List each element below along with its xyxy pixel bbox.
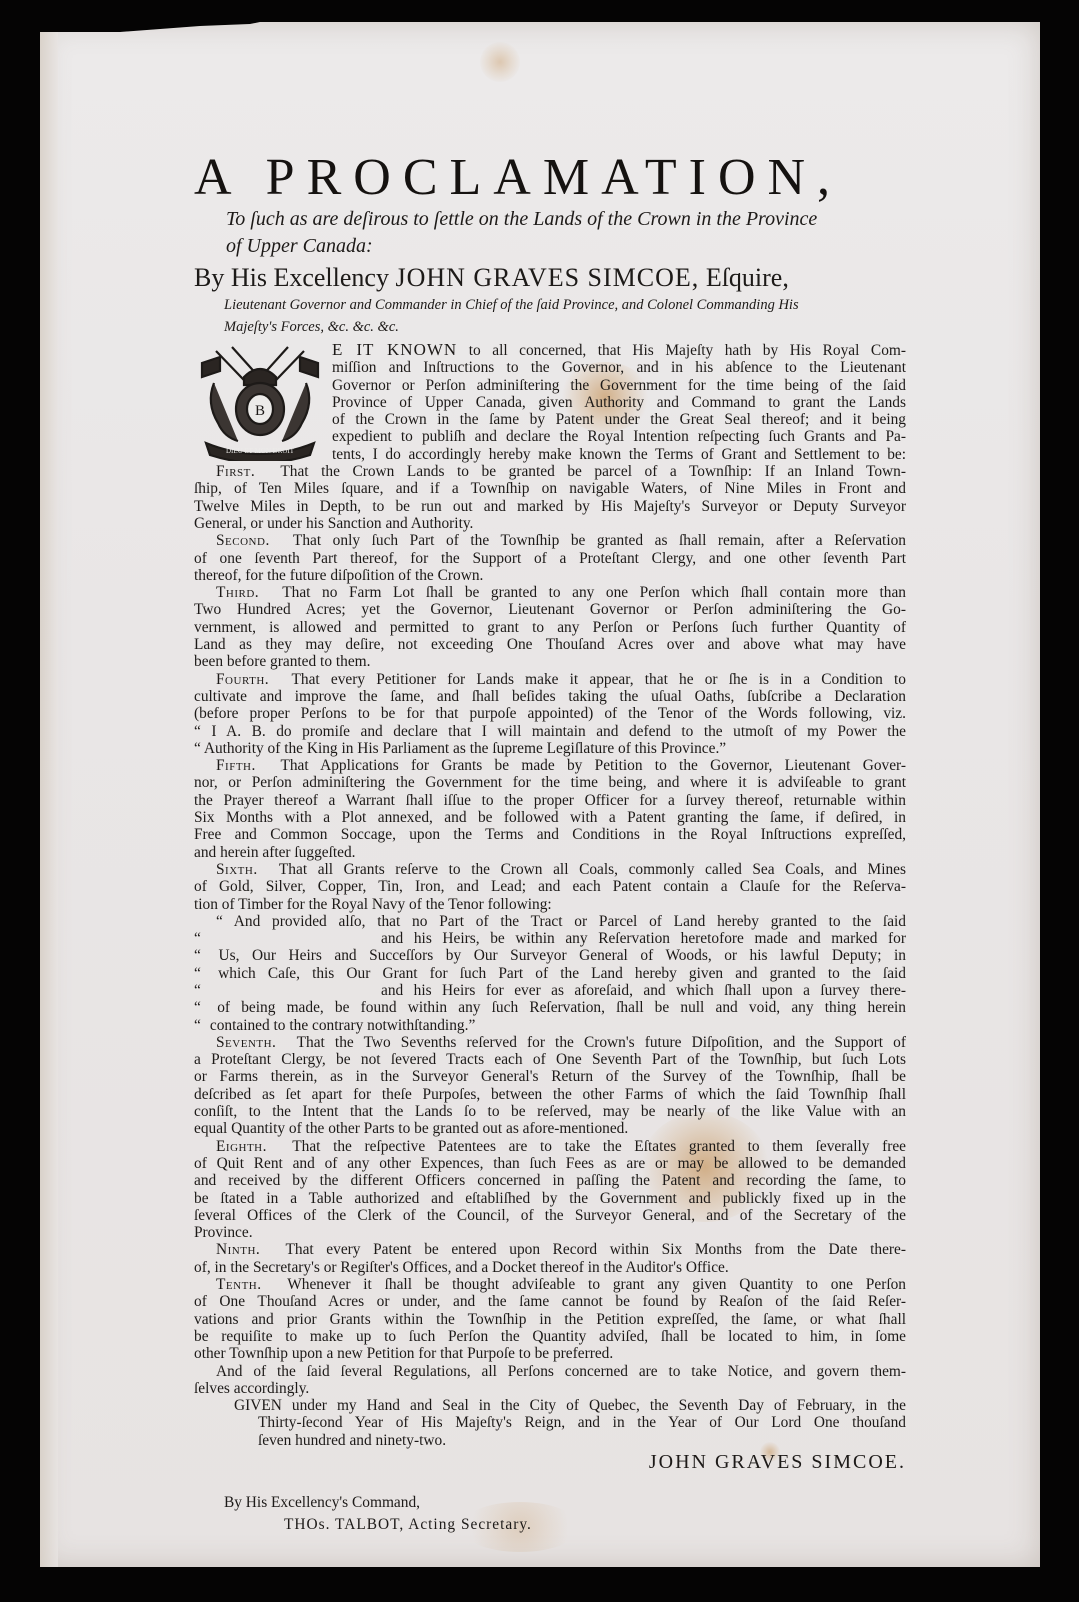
- document-title: A PROCLAMATION,: [194, 150, 906, 206]
- quoted-line: “ Us, Our Heirs and Succeſſors by Our Su…: [194, 947, 906, 964]
- clause-third: Third. That no Farm Lot ſhall be granted…: [194, 584, 906, 601]
- issuer-name: JOHN GRAVES SIMCOE,: [395, 263, 699, 292]
- closing-line: And of the ſaid ſeveral Regulations, all…: [194, 1363, 906, 1380]
- stain: [480, 42, 520, 82]
- clause-eighth: Eighth. That the reſpective Patentees ar…: [194, 1138, 906, 1155]
- quoted-line: “ And provided alſo, that no Part of the…: [194, 913, 906, 930]
- svg-text:B: B: [255, 403, 265, 419]
- clause-seventh: Seventh. That the Two Sevenths reſerved …: [194, 1034, 906, 1051]
- given-line: GIVEN under my Hand and Seal in the City…: [194, 1397, 906, 1414]
- clause-fifth: Fifth. That Applications for Grants be m…: [194, 757, 906, 774]
- closing-line: ſelves accordingly.: [194, 1380, 906, 1397]
- issuer-office: Lieutenant Governor and Commander in Chi…: [194, 294, 906, 338]
- clause-ninth: Ninth. That every Patent be entered upon…: [194, 1241, 906, 1258]
- clause-first: First. That the Crown Lands to be grante…: [194, 463, 906, 480]
- issuer-line: By His Excellency JOHN GRAVES SIMCOE, Eſ…: [194, 262, 906, 294]
- quoted-line: “and his Heirs for ever as aforeſaid, an…: [194, 982, 906, 999]
- paper-edge: [40, 22, 58, 1567]
- quoted-line: “ of being made, be found within any ſuc…: [194, 999, 906, 1016]
- quoted-line: “ contained to the contrary notwithſtand…: [194, 1017, 906, 1034]
- subtitle: To ſuch as are deſirous to ſettle on the…: [194, 206, 906, 260]
- clause-sixth: Sixth. That all Grants reſerve to the Cr…: [194, 861, 906, 878]
- quoted-line: “ which Caſe, this Our Grant for ſuch Pa…: [194, 965, 906, 982]
- clause-fourth: Fourth. That every Petitioner for Lands …: [194, 671, 906, 688]
- quoted-line: “and his Heirs, be within any Reſervatio…: [194, 930, 906, 947]
- clause-tenth: Tenth. Whenever it ſhall be thought advi…: [194, 1276, 906, 1293]
- governor-signature: JOHN GRAVES SIMCOE.: [194, 1451, 906, 1474]
- command-block: By His Excellency's Command, THOs. TALBO…: [194, 1492, 906, 1536]
- given-line: Thirty-ſecond Year of His Majeſty's Reig…: [194, 1414, 906, 1431]
- clause-second: Second. That only ſuch Part of the Townſ…: [194, 532, 906, 549]
- dropcap-lead: E IT KNOWN: [332, 340, 457, 359]
- proclamation-content: A PROCLAMATION, To ſuch as are deſirous …: [194, 150, 906, 1536]
- given-line: ſeven hundred and ninety-two.: [194, 1432, 906, 1449]
- command-line: By His Excellency's Command,: [224, 1492, 906, 1514]
- proclamation-body: B DIEU ET MON DROIT E IT KNOWN to all co…: [194, 341, 906, 1449]
- svg-text:DIEU ET MON DROIT: DIEU ET MON DROIT: [226, 447, 295, 455]
- royal-coat-of-arms-icon: B DIEU ET MON DROIT: [196, 343, 324, 461]
- secretary-line: THOs. TALBOT, Acting Secretary.: [224, 1514, 906, 1536]
